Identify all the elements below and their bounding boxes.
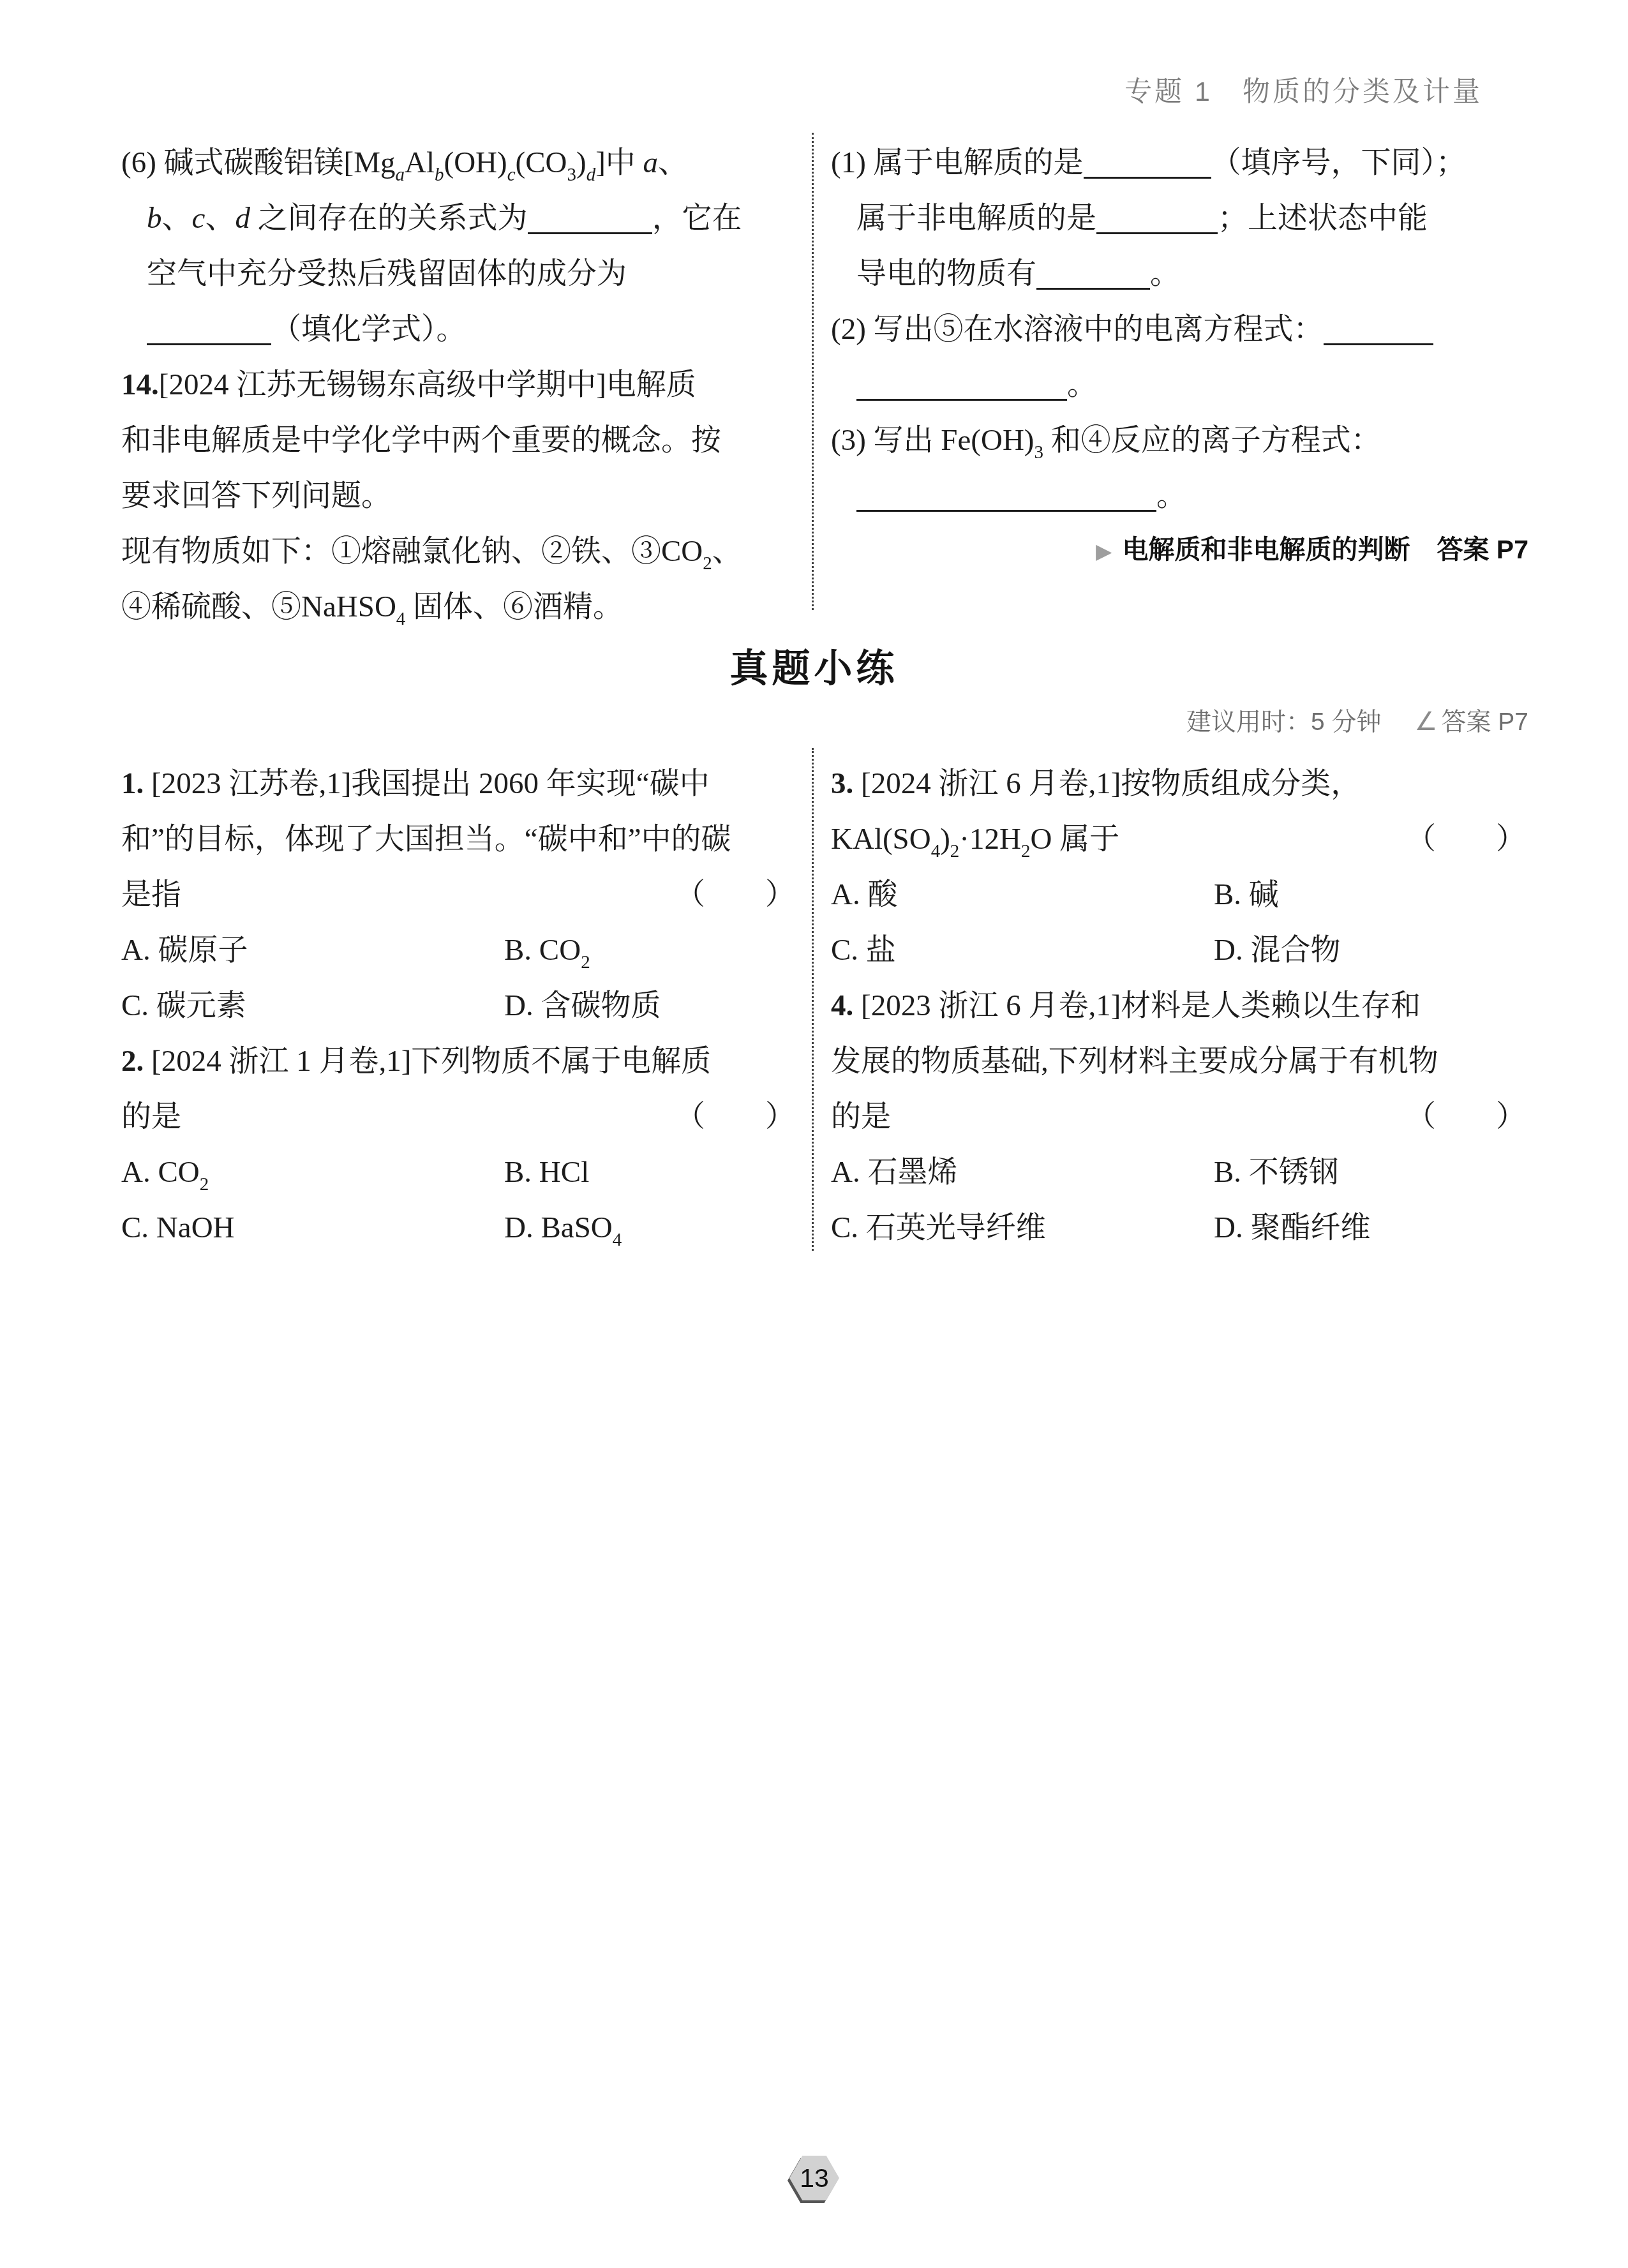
text-segment: ·12H [959, 823, 1021, 856]
text-line: C. NaOHD. BaSO4 [121, 1200, 798, 1256]
subscript: 2 [200, 1174, 209, 1195]
text-line: (3) 写出 Fe(OH)3 和④反应的离子方程式： [831, 413, 1528, 468]
answer-blank [1324, 306, 1433, 345]
text-segment: C. 盐 [831, 934, 896, 967]
text-line: 和非电解质是中学化学中两个重要的概念。按 [121, 413, 798, 468]
text-segment: Al [405, 146, 435, 179]
answer-page-ref: 答案 P7 [1441, 708, 1528, 736]
text-line: 3. [2024 浙江 6 月卷,1]按物质组成分类， [831, 756, 1528, 812]
text-segment: 和④反应的离子方程式： [1043, 424, 1381, 457]
subscript: 2 [581, 952, 590, 973]
text-line: A. 石墨烯B. 不锈钢 [831, 1145, 1528, 1200]
text-segment: ]中 [595, 146, 643, 179]
text-segment: A. 碳原子 [121, 934, 248, 967]
text-segment: [2023 江苏卷,1]我国提出 2060 年实现“碳中 [151, 767, 710, 800]
subscript: 3 [567, 165, 577, 185]
text-segment: 的是 [121, 1100, 181, 1133]
text-line: 1. [2023 江苏卷,1]我国提出 2060 年实现“碳中 [121, 756, 798, 812]
answer-paren: （ ） [1406, 1089, 1526, 1145]
question-number: 14. [121, 368, 159, 401]
text-segment: 。 [1156, 479, 1186, 512]
text-segment: b [147, 202, 162, 235]
text-line: C. 石英光导纤维D. 聚酯纤维 [831, 1200, 1528, 1256]
text-segment: D. BaSO4 [504, 1200, 622, 1268]
text-line: （填化学式）。 [121, 302, 798, 357]
text-segment: B. 碱 [1214, 878, 1279, 911]
text-segment: 、 [712, 535, 742, 568]
text-segment: A. 酸 [831, 878, 897, 911]
text-line: 的是（ ） [831, 1089, 1528, 1145]
text-segment: C. 石英光导纤维 [831, 1211, 1046, 1244]
text-segment: D. 混合物 [1214, 934, 1340, 967]
column-divider-top [812, 133, 814, 610]
subscript: 2 [950, 841, 960, 862]
answer-blank [1084, 140, 1211, 179]
text-segment: 固体、⑥酒精。 [405, 590, 623, 623]
subscript: 4 [613, 1230, 622, 1250]
question-number: 3. [831, 767, 861, 800]
text-line: 现有物质如下：①熔融氯化钠、②铁、③CO2、 [121, 524, 798, 579]
text-segment: 导电的物质有 [856, 257, 1036, 290]
text-segment: ；上述状态中能 [1218, 202, 1428, 235]
column-divider-bottom [812, 748, 814, 1251]
answer-blank [856, 362, 1067, 401]
text-segment: 空气中充分受热后残留固体的成分为 [147, 257, 627, 290]
subscript: 4 [931, 841, 941, 862]
text-line: A. 碳原子B. CO2 [121, 923, 798, 978]
question-number: 2. [121, 1045, 151, 1078]
text-segment: (3) 写出 Fe(OH) [831, 424, 1034, 457]
text-segment: C. 碳元素 [121, 989, 246, 1022]
text-line: C. 盐D. 混合物 [831, 923, 1528, 978]
text-line: (6) 碱式碳酸铝镁[MgaAlb(OH)c(CO3)d]中 a、 [121, 135, 798, 191]
text-segment: 、 [162, 202, 192, 235]
triangle-icon: ▶ [1096, 539, 1112, 563]
text-segment: ④稀硫酸、⑤NaHSO [121, 590, 396, 623]
section1-right-column: (1) 属于电解质的是（填序号，下同）；属于非电解质的是；上述状态中能导电的物质… [831, 135, 1528, 524]
text-segment: B. 碱 [1214, 867, 1279, 923]
text-segment: 和非电解质是中学化学中两个重要的概念。按 [121, 424, 721, 457]
text-line: b、c、d 之间存在的关系式为，它在 [121, 191, 798, 246]
section2-right-column: 3. [2024 浙江 6 月卷,1]按物质组成分类，KAl(SO4)2·12H… [831, 756, 1528, 1256]
text-segment: （填化学式）。 [271, 313, 467, 346]
text-segment: D. 含碳物质 [504, 989, 661, 1022]
answer-blank [1036, 251, 1150, 290]
text-segment: 发展的物质基础,下列材料主要成分属于有机物 [831, 1045, 1438, 1078]
text-line: 导电的物质有。 [831, 246, 1528, 302]
subscript: a [396, 165, 405, 185]
text-line: 和”的目标，体现了大国担当。“碳中和”中的碳 [121, 812, 798, 867]
text-line: (2) 写出⑤在水溶液中的电离方程式： [831, 302, 1528, 357]
text-segment: [2024 浙江 6 月卷,1]按物质组成分类， [861, 767, 1361, 800]
answer-page-ref: 答案 P7 [1437, 535, 1528, 564]
text-segment: (CO [516, 146, 567, 179]
section2-left-column: 1. [2023 江苏卷,1]我国提出 2060 年实现“碳中和”的目标，体现了… [121, 756, 798, 1256]
topic-label: 电解质和非电解质的判断 [1122, 535, 1410, 564]
text-segment: ，它在 [652, 202, 742, 235]
page: 专题 1 物质的分类及计量 (6) 碱式碳酸铝镁[MgaAlb(OH)c(CO3… [0, 0, 1628, 2268]
text-segment: B. 不锈钢 [1214, 1156, 1339, 1189]
answer-blank [147, 306, 271, 345]
text-segment: 、 [658, 146, 688, 179]
text-segment: （填序号，下同）； [1211, 146, 1467, 179]
text-segment: 。 [1067, 368, 1097, 401]
text-line: 14.[2024 江苏无锡锡东高级中学期中]电解质 [121, 357, 798, 413]
text-segment: A. CO [121, 1156, 200, 1189]
text-line: 。 [831, 357, 1528, 413]
question-number: 4. [831, 989, 861, 1022]
answer-blank [1096, 195, 1218, 234]
answer-paren: （ ） [1406, 812, 1526, 867]
text-line: A. 酸B. 碱 [831, 867, 1528, 923]
text-segment: 要求回答下列问题。 [121, 479, 391, 512]
section-meta-row: 建议用时：5 分钟∠答案 P7 [831, 702, 1528, 738]
suggested-time: 建议用时：5 分钟 [1186, 708, 1382, 736]
text-segment: B. HCl [504, 1145, 589, 1200]
text-line: 空气中充分受热后残留固体的成分为 [121, 246, 798, 302]
answer-blank [528, 195, 652, 234]
text-segment: (6) 碱式碳酸铝镁[Mg [121, 146, 396, 179]
text-segment: (2) 写出⑤在水溶液中的电离方程式： [831, 313, 1324, 346]
text-segment: B. CO [504, 934, 581, 967]
text-segment: D. 聚酯纤维 [1214, 1200, 1370, 1256]
text-segment: 现有物质如下：①熔融氯化钠、②铁、③CO [121, 535, 703, 568]
text-line: 要求回答下列问题。 [121, 468, 798, 524]
text-segment: (1) 属于电解质的是 [831, 146, 1084, 179]
text-line: 4. [2023 浙江 6 月卷,1]材料是人类赖以生存和 [831, 978, 1528, 1034]
text-segment: a [643, 146, 659, 179]
text-line: 的是（ ） [121, 1089, 798, 1145]
answer-blank [856, 473, 1156, 512]
text-line: 发展的物质基础,下列材料主要成分属于有机物 [831, 1034, 1528, 1089]
text-segment: D. 含碳物质 [504, 978, 661, 1034]
text-segment: D. BaSO [504, 1211, 613, 1244]
text-segment: ) [576, 146, 586, 179]
text-segment: A. 石墨烯 [831, 1156, 957, 1189]
text-line: (1) 属于电解质的是（填序号，下同）； [831, 135, 1528, 191]
subscript: d [586, 165, 596, 185]
subscript: 2 [1021, 841, 1031, 862]
text-line: 是指（ ） [121, 867, 798, 923]
text-segment: d [235, 202, 250, 235]
text-segment: B. HCl [504, 1156, 589, 1189]
text-segment: 和”的目标，体现了大国担当。“碳中和”中的碳 [121, 823, 731, 856]
text-segment: D. 聚酯纤维 [1214, 1211, 1370, 1244]
text-line: ④稀硫酸、⑤NaHSO4 固体、⑥酒精。 [121, 579, 798, 635]
text-segment: [2024 江苏无锡锡东高级中学期中]电解质 [159, 368, 696, 401]
text-segment: KAl(SO [831, 823, 931, 856]
subscript: c [507, 165, 516, 185]
text-line: C. 碳元素D. 含碳物质 [121, 978, 798, 1034]
text-segment: 是指 [121, 878, 181, 911]
text-line: 2. [2024 浙江 1 月卷,1]下列物质不属于电解质 [121, 1034, 798, 1089]
text-line: 属于非电解质的是；上述状态中能 [831, 191, 1528, 246]
text-segment: c [192, 202, 205, 235]
text-segment: ) [940, 823, 950, 856]
text-segment: 、 [205, 202, 235, 235]
page-number: 13 [800, 2163, 829, 2193]
answer-corner-icon: ∠ [1415, 708, 1438, 736]
text-line: 。 [831, 468, 1528, 524]
text-segment: D. 混合物 [1214, 923, 1340, 978]
page-header: 专题 1 物质的分类及计量 [1124, 70, 1482, 109]
text-segment: 之间存在的关系式为 [250, 202, 528, 235]
subscript: b [435, 165, 444, 185]
text-segment: O 属于 [1030, 823, 1119, 856]
answer-paren: （ ） [675, 1089, 795, 1145]
topic-link-row: ▶电解质和非电解质的判断答案 P7 [831, 522, 1528, 578]
section1-left-column: (6) 碱式碳酸铝镁[MgaAlb(OH)c(CO3)d]中 a、b、c、d 之… [121, 135, 798, 635]
text-line: KAl(SO4)2·12H2O 属于（ ） [831, 812, 1528, 867]
page-number-hexagon: 13 [789, 2156, 839, 2200]
subscript: 2 [703, 553, 712, 574]
text-segment: B. 不锈钢 [1214, 1145, 1339, 1200]
text-segment: 。 [1150, 257, 1180, 290]
subscript: 4 [396, 609, 406, 629]
text-segment: [2024 浙江 1 月卷,1]下列物质不属于电解质 [151, 1045, 711, 1078]
section-title: 真题小练 [0, 638, 1628, 693]
page-number-badge: 13 [789, 2156, 839, 2200]
question-number: 1. [121, 767, 151, 800]
text-line: A. CO2B. HCl [121, 1145, 798, 1200]
text-segment: [2023 浙江 6 月卷,1]材料是人类赖以生存和 [861, 989, 1421, 1022]
subscript: 3 [1034, 442, 1044, 463]
text-segment: (OH) [444, 146, 507, 179]
answer-paren: （ ） [675, 867, 795, 923]
text-segment: 属于非电解质的是 [856, 202, 1096, 235]
text-segment: C. NaOH [121, 1211, 235, 1244]
text-segment: 的是 [831, 1100, 891, 1133]
